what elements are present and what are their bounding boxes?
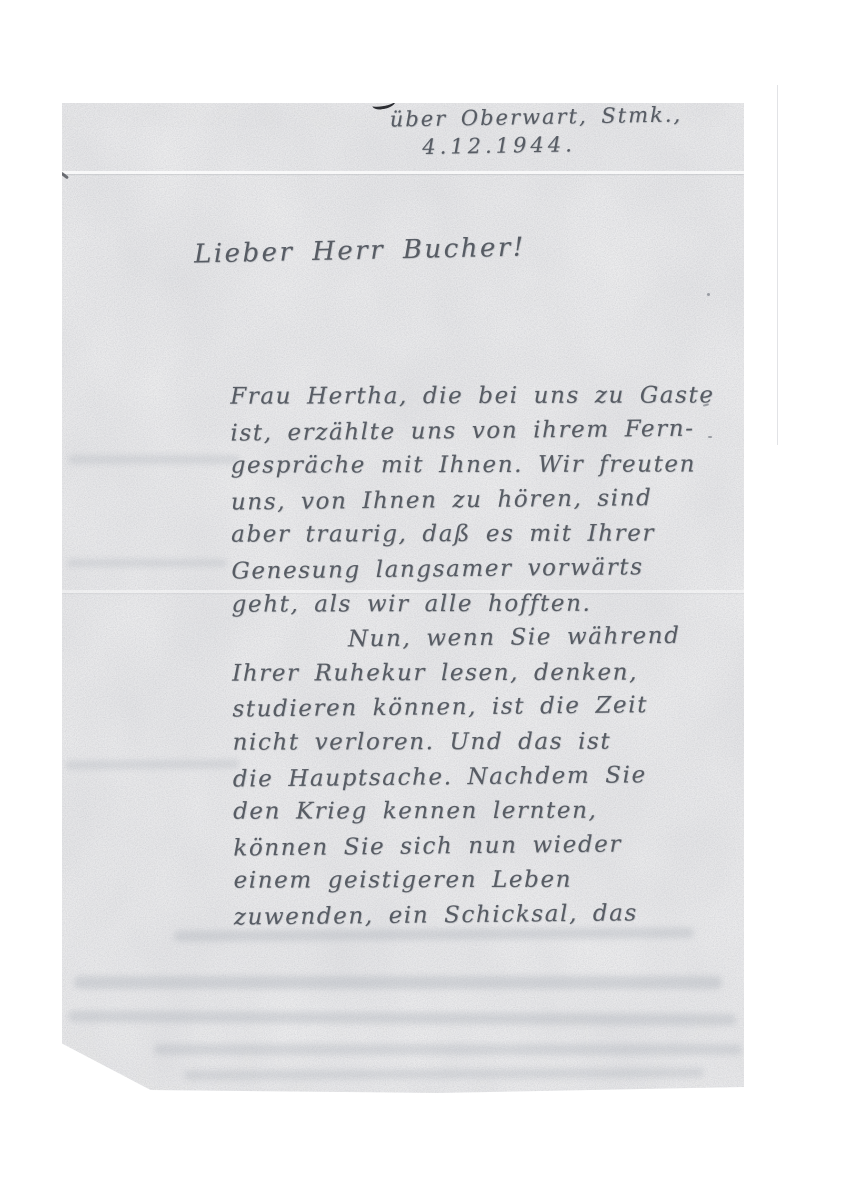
letter-line: die Hauptsache. Nachdem Sie (233, 757, 718, 797)
dateline: über Oberwart, Stmk., 4.12.1944. (390, 102, 683, 159)
letter-line: den Krieg kennen lernten, (233, 793, 717, 829)
letter-line: Genesung langsamer vorwärts (231, 549, 716, 589)
dateline-date: 4.12.1944. (390, 130, 683, 159)
ghost-text-smudge (68, 1010, 736, 1025)
scanned-letter-image: über Oberwart, Stmk., 4.12.1944. Lieber … (0, 0, 843, 1189)
letter-line: nicht verloren. Und das ist (233, 724, 717, 760)
letter-line: Ihrer Ruhekur lesen, denken, (232, 655, 716, 691)
letter-page: über Oberwart, Stmk., 4.12.1944. Lieber … (62, 103, 744, 1093)
ghost-text-smudge (184, 1068, 704, 1081)
stray-ink-dot (707, 293, 710, 296)
letter-body: Frau Hertha, die bei uns zu Gaste ist, e… (230, 377, 718, 934)
letter-line: können Sie sich nun wieder (233, 826, 718, 866)
ghost-text-smudge (67, 559, 227, 567)
dateline-place: über Oberwart, Stmk., (390, 102, 683, 131)
fold-crease (62, 171, 744, 174)
ghost-text-smudge (154, 1044, 742, 1055)
ghost-text-smudge (74, 976, 722, 989)
letter-line: aber traurig, daß es mit Ihrer (231, 517, 715, 553)
letter-line: Nun, wenn Sie während (232, 619, 717, 659)
scanner-artifact-line (777, 85, 778, 445)
ghost-text-smudge (68, 455, 240, 464)
salutation: Lieber Herr Bucher! (194, 233, 526, 270)
ghost-text-smudge (65, 759, 240, 770)
letter-line: studieren können, ist die Zeit (232, 688, 717, 728)
letter-line: ist, erzählte uns von ihrem Fern- (230, 411, 715, 451)
letter-line: geht, als wir alle hofften. (232, 586, 716, 622)
letter-line: uns, von Ihnen zu hören, sind (231, 480, 716, 520)
letter-line: zuwenden, ein Schicksal, das (234, 895, 719, 935)
letter-line: Frau Hertha, die bei uns zu Gaste (230, 378, 714, 414)
letter-line: einem geistigeren Leben (234, 863, 718, 899)
letter-line: gespräche mit Ihnen. Wir freuten (231, 448, 715, 484)
